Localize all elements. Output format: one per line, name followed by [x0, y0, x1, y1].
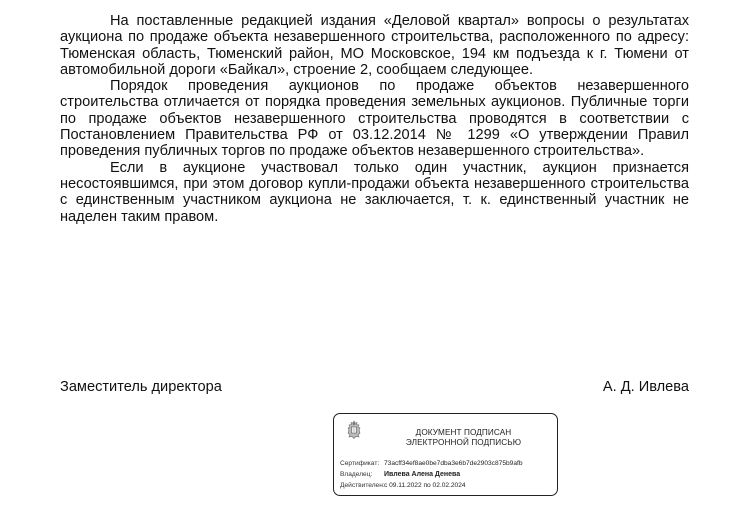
- validity-row: Действителен:с 09.11.2022 по 02.02.2024: [340, 481, 466, 490]
- validity-label: Действителен:: [340, 481, 384, 490]
- paragraph-procedure: Порядок проведения аукционов по продаже …: [60, 78, 689, 159]
- paragraph-single-participant: Если в аукционе участвовал только один у…: [60, 160, 689, 225]
- paragraph-intro: На поставленные редакцией издания «Делов…: [60, 13, 689, 78]
- electronic-signature-stamp: ДОКУМЕНТ ПОДПИСАН ЭЛЕКТРОННОЙ ПОДПИСЬЮ С…: [333, 413, 558, 496]
- certificate-value: 73acff34ef8ae0be7dba3e6b7de2903c875b9afb: [384, 460, 523, 467]
- owner-row: Владелец:Ивлева Алена Денева: [340, 470, 460, 479]
- certificate-label: Сертификат:: [340, 459, 384, 468]
- signatory-name: А. Д. Ивлева: [603, 379, 689, 395]
- coat-of-arms-icon: [344, 420, 364, 440]
- certificate-row: Сертификат:73acff34ef8ae0be7dba3e6b7de29…: [340, 459, 523, 468]
- owner-value: Ивлева Алена Денева: [384, 471, 460, 478]
- signatory-position: Заместитель директора: [60, 379, 222, 395]
- validity-value: с 09.11.2022 по 02.02.2024: [384, 482, 466, 489]
- letter-body: На поставленные редакцией издания «Делов…: [60, 13, 689, 225]
- stamp-title: ДОКУМЕНТ ПОДПИСАН ЭЛЕКТРОННОЙ ПОДПИСЬЮ: [374, 428, 553, 448]
- owner-label: Владелец:: [340, 470, 384, 479]
